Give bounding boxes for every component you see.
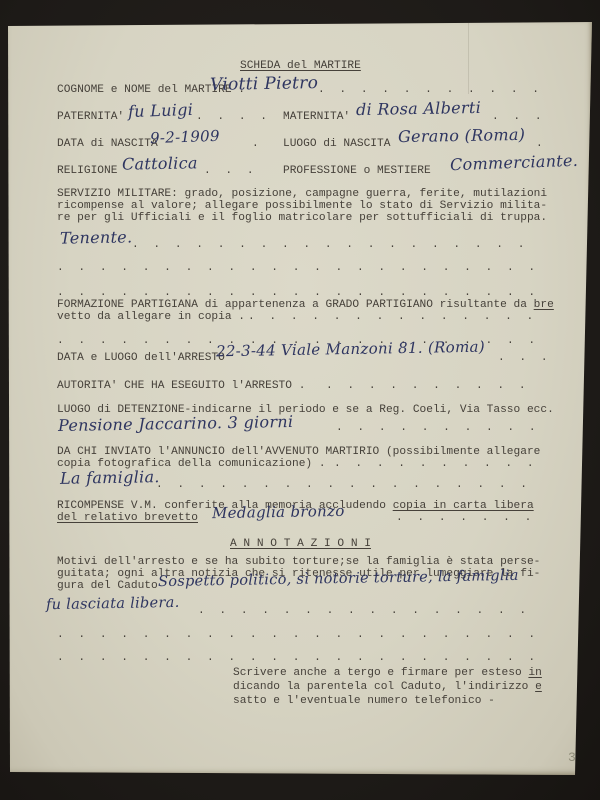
handwritten-professione: Commerciante. (450, 151, 579, 174)
dot-leader: . . . . . . . . . . . . . . (248, 311, 533, 323)
field-label-religione: RELIGIONE (57, 165, 117, 177)
dot-leader: . . . . . . . . . . . (318, 84, 539, 96)
footer-instruction: dicando la parentela col Caduto, l'indir… (233, 681, 542, 693)
dot-leader: . . . . . . . . . . . . . . . . . . . (132, 239, 524, 251)
annotazioni-text: Motivi dell'arresto e se ha subito tortu… (57, 556, 540, 568)
field-label-maternita: MATERNITA' (283, 111, 350, 123)
servizio-militare-text: ricompense al valore; allegare possibilm… (57, 200, 547, 212)
dot-row: . . . . . . . . . . . . . . . . . . . . … (57, 262, 535, 274)
formazione-text-underlined: bre (534, 299, 554, 311)
field-label-paternita: PATERNITA' (57, 111, 124, 123)
scanned-form-page: SCHEDA del MARTIRE COGNOME e NOME del MA… (8, 22, 592, 775)
dot-leader: . . . . . . . . . . . . . . . . (198, 605, 526, 617)
footer-instruction: satto e l'eventuale numero telefonico - (233, 695, 495, 707)
field-label-professione: PROFESSIONE o MESTIERE (283, 165, 431, 177)
handwritten-nome: Viotti Pietro (210, 73, 319, 95)
ricompense-text-underlined: copia in carta libera (393, 500, 534, 512)
formazione-partigiana-text: vetto da allegare in copia . (57, 311, 245, 323)
dot-leader: . . . (492, 111, 542, 123)
dot-row: . . . . . . . . . . . . . . . . . . . . … (57, 652, 535, 664)
dot-leader: . (536, 138, 543, 150)
footer-text-pre: Scrivere anche a tergo e firmare per est… (233, 667, 528, 679)
field-label-luogo-nascita: LUOGO di NASCITA (283, 138, 390, 150)
handwritten-detenzione: Pensione Jaccarino. 3 giorni (58, 412, 294, 435)
formazione-text-pre: FORMAZIONE PARTIGIANA di appartenenza a … (57, 299, 534, 311)
dot-leader: . . . . . . . . . . (334, 458, 534, 470)
handwritten-paternita: fu Luigi (128, 100, 194, 121)
footer-text-underlined: in (528, 667, 541, 679)
photo-background: SCHEDA del MARTIRE COGNOME e NOME del MA… (0, 0, 600, 800)
page-number: 3 (568, 750, 576, 765)
handwritten-religione: Cattolica (122, 153, 198, 173)
dot-leader: . . . . . . . . . . . . . . . . . . (156, 479, 527, 491)
handwritten-servizio: Tenente. (60, 227, 133, 247)
handwritten-martirio: La famiglia. (60, 467, 160, 488)
ricompense-text-underlined2: del relativo brevetto (57, 512, 198, 524)
footer-text-underlined: e (535, 681, 542, 693)
handwritten-arresto: 22-3-44 Viale Manzoni 81. (Roma) (216, 338, 485, 361)
footer-instruction: Scrivere anche a tergo e firmare per est… (233, 667, 542, 679)
dot-leader: . . . . . . . (396, 512, 531, 524)
dot-leader: . . . . (196, 111, 267, 123)
servizio-militare-text: re per gli Ufficiali e il foglio matrico… (57, 212, 547, 224)
formazione-partigiana-text: FORMAZIONE PARTIGIANA di appartenenza a … (57, 299, 554, 311)
dot-leader: . . . (204, 165, 254, 177)
dot-leader: . . . (498, 352, 548, 364)
dot-leader: . . . . . . . . . . (336, 422, 536, 434)
field-label-arresto: DATA e LUOGO dell'ARRESTO (57, 352, 225, 364)
field-label-data-nascita: DATA di NASCITA (57, 138, 158, 150)
handwritten-maternita: di Rosa Alberti (356, 98, 481, 119)
dot-leader: . (252, 138, 259, 150)
dot-row: . . . . . . . . . . . . . . . . . . . . … (57, 287, 535, 299)
form-title: SCHEDA del MARTIRE (240, 60, 361, 72)
annotazioni-title: A N N O T A Z I O N I (230, 538, 371, 550)
footer-text-pre: dicando la parentela col Caduto, l'indir… (233, 681, 535, 693)
servizio-militare-text: SERVIZIO MILITARE: grado, posizione, cam… (57, 188, 547, 200)
handwritten-luogo-nascita: Gerano (Roma) (398, 125, 526, 146)
dot-row: . . . . . . . . . . . . . . . . . . . . … (57, 629, 535, 641)
martirio-text: DA CHI INVIATO l'ANNUNCIO dell'AVVENUTO … (57, 446, 540, 458)
dot-leader: . . . . . . . . . . (326, 380, 526, 392)
handwritten-annotazioni-2: fu lasciata libera. (46, 595, 180, 613)
field-label-autorita: AUTORITA' CHE HA ESEGUITO l'ARRESTO . (57, 380, 305, 392)
annotazioni-text: gura del Caduto (57, 580, 158, 592)
handwritten-ricompense: Medaglia bronzo (212, 502, 345, 522)
handwritten-data-nascita: 9-2-1909 (150, 127, 220, 147)
